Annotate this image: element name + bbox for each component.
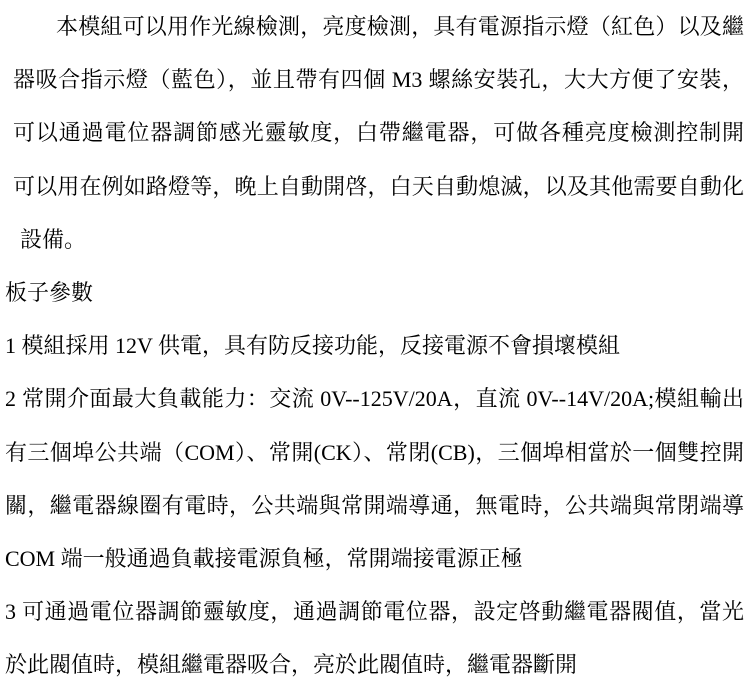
text-line: 3 可通過電位器調節靈敏度，通過調節電位器，設定啓動繼電器閥值，當光線暗 xyxy=(0,585,750,638)
text-line: 1 模組採用 12V 供電，具有防反接功能，反接電源不會損壞模組 xyxy=(0,319,750,372)
text-line: 設備。 xyxy=(0,213,750,266)
text-line: COM 端一般通過負載接電源負極，常開端接電源正極 xyxy=(0,532,750,585)
document-page: 本模組可以用作光線檢測，亮度檢測，具有電源指示燈（紅色）以及繼電器吸合指示燈（藍… xyxy=(0,0,750,692)
text-line: 器吸合指示燈（藍色），並且帶有四個 M3 螺絲安裝孔，大大方便了安裝，板子 xyxy=(0,53,750,106)
text-line: 板子參數 xyxy=(0,266,750,319)
text-line: 可以通過電位器調節感光靈敏度，白帶繼電器，可做各種亮度檢測控制開關， xyxy=(0,106,750,159)
text-line: 有三個埠公共端（COM）、常開(CK）、常閉(CB)，三個埠相當於一個雙控開 xyxy=(0,426,750,479)
text-line: 於此閥值時，模組繼電器吸合，亮於此閥值時，繼電器斷開 xyxy=(0,638,750,691)
text-line: 可以用在例如路燈等，晚上自動開啓，白天自動熄滅，以及其他需要自動化的 xyxy=(0,160,750,213)
document-text-block: 本模組可以用作光線檢測，亮度檢測，具有電源指示燈（紅色）以及繼電器吸合指示燈（藍… xyxy=(0,0,750,691)
text-line: 2 常開介面最大負載能力：交流 0V--125V/20A，直流 0V--14V/… xyxy=(0,372,750,425)
text-line: 本模組可以用作光線檢測，亮度檢測，具有電源指示燈（紅色）以及繼電 xyxy=(0,0,750,53)
text-line: 關，繼電器線圈有電時，公共端與常開端導通，無電時，公共端與常閉端導通； xyxy=(0,479,750,532)
